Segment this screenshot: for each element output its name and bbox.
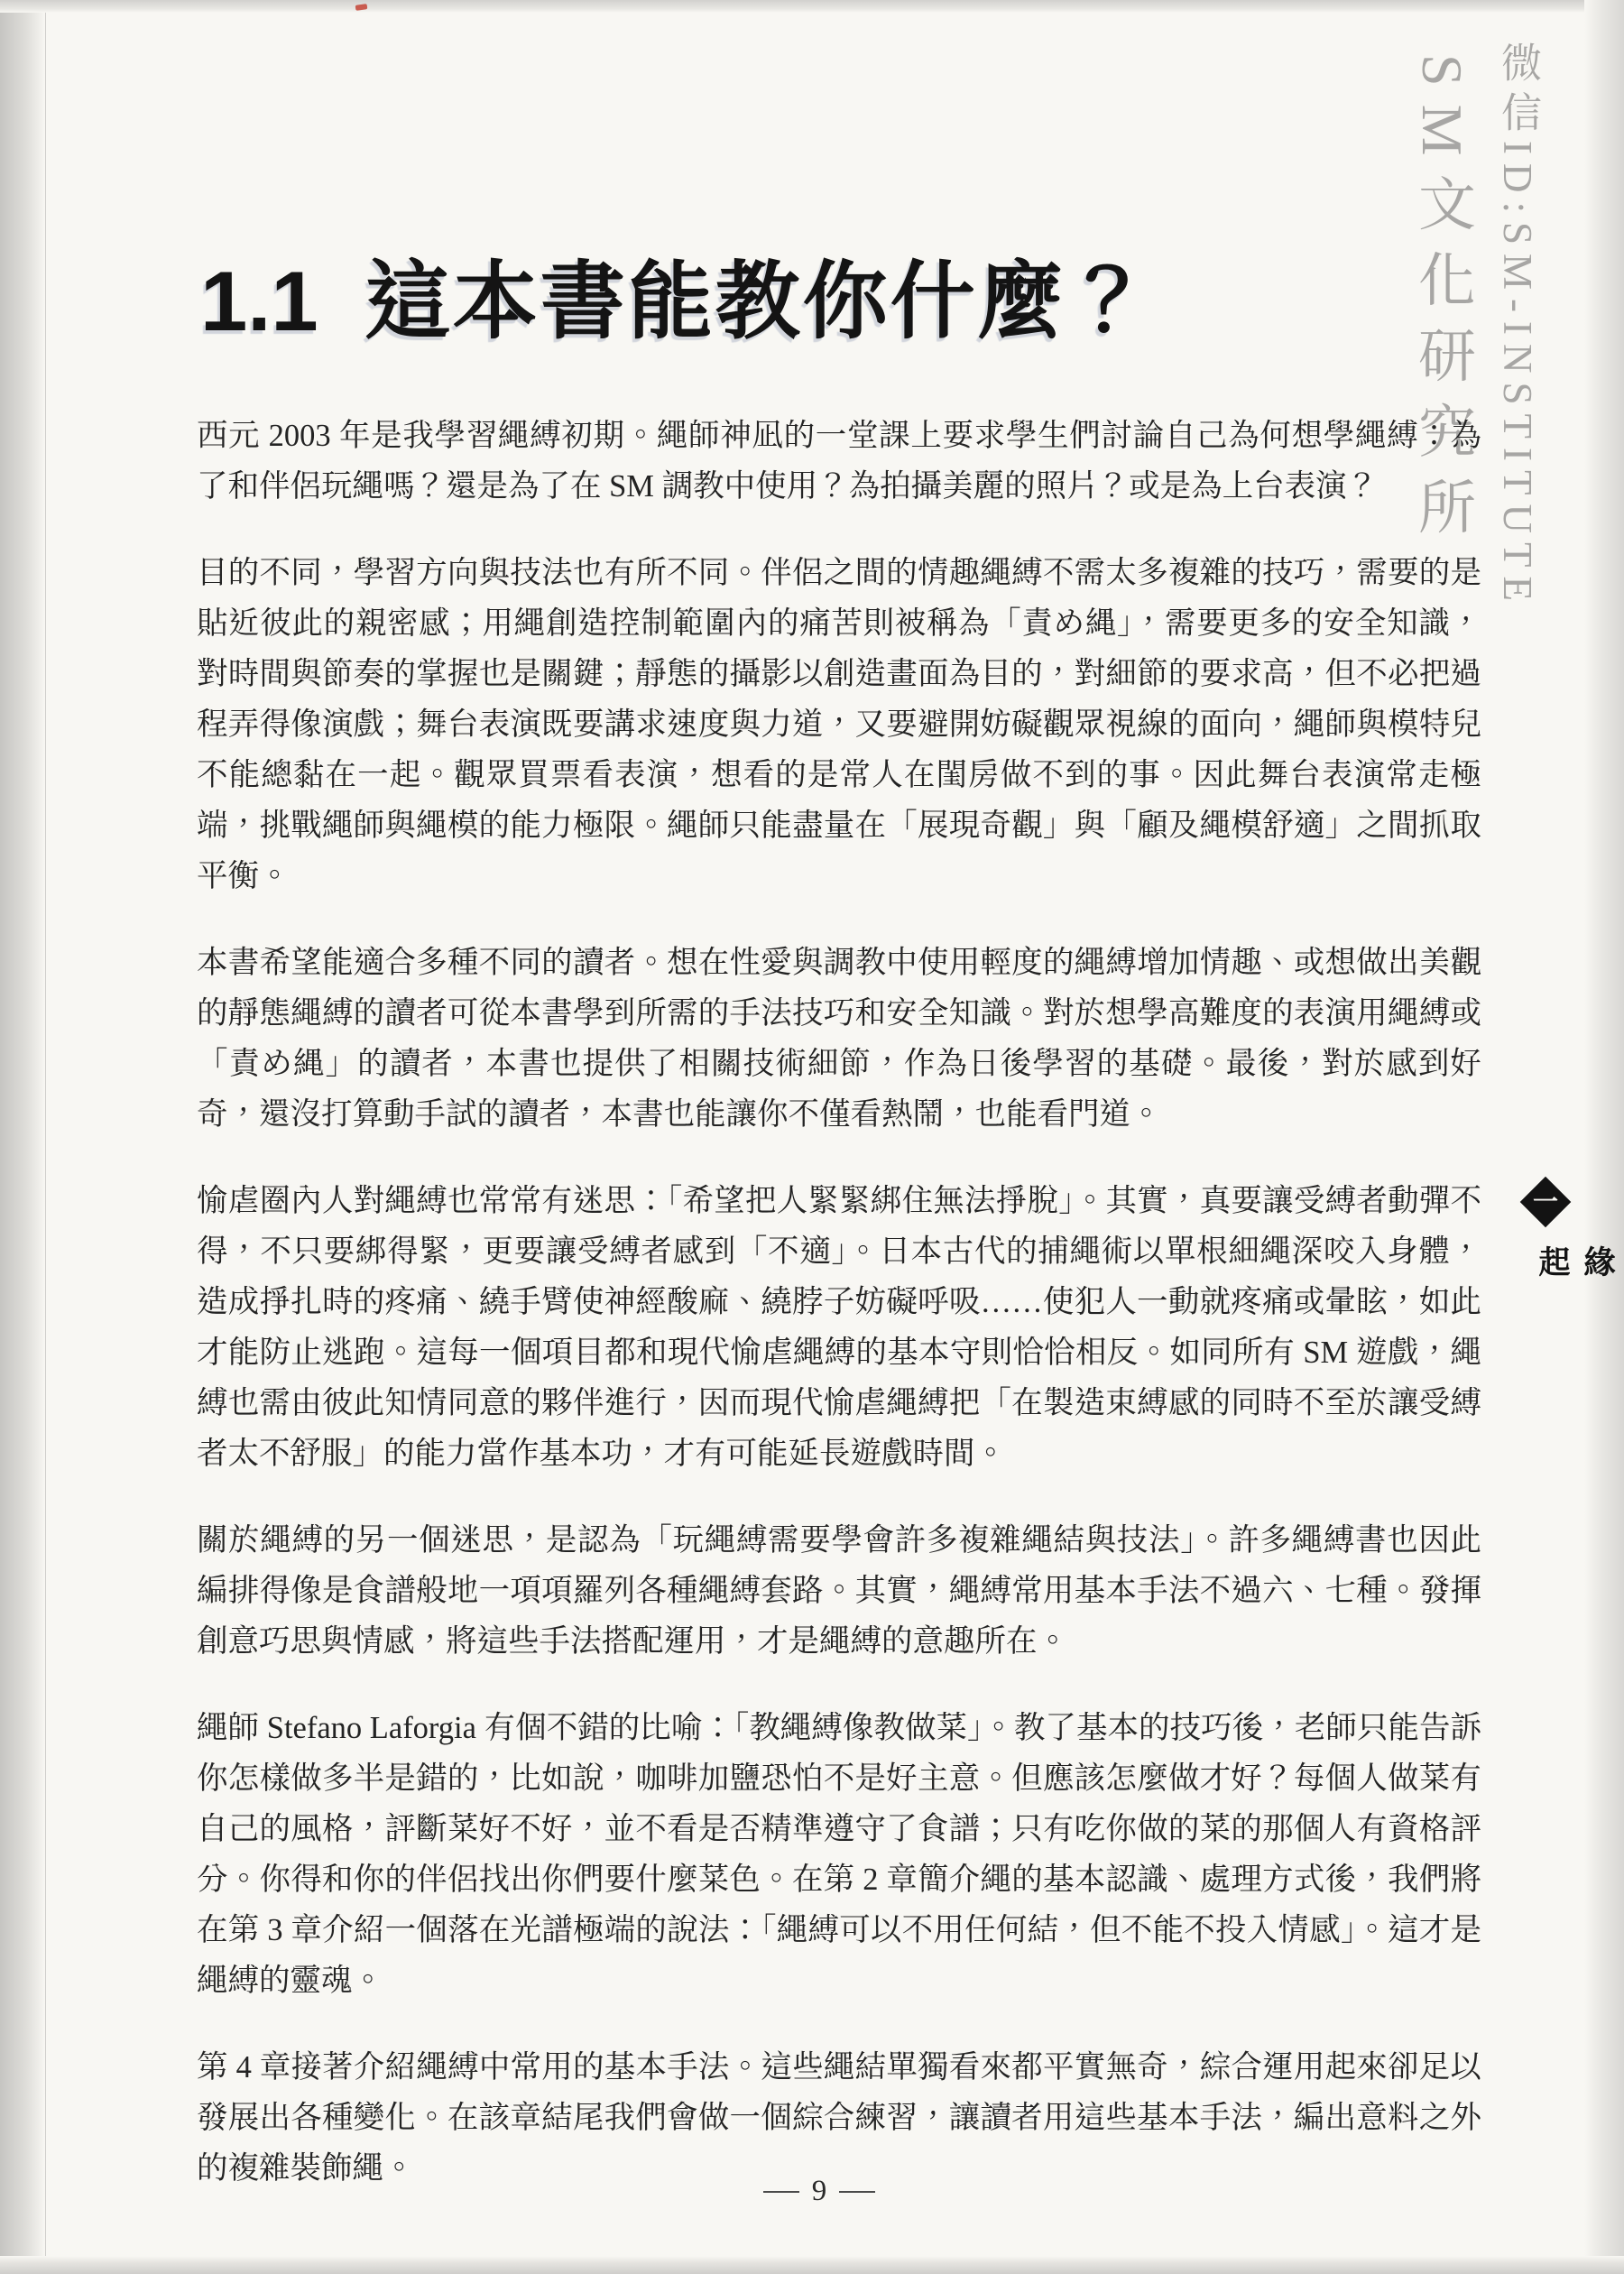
paragraph-5: 關於繩縛的另一個迷思，是認為「玩繩縛需要學會許多複雜繩結與技法」。許多繩縛書也因…: [197, 1515, 1481, 1667]
page-number-rule-left: [763, 2191, 799, 2193]
paragraph-3: 本書希望能適合多種不同的讀者。想在性愛與調教中使用輕度的繩縛增加情趣、或想做出美…: [197, 938, 1481, 1140]
scanned-book-page: SM文化研究所 微信ID:SM-INSTITUTE 1.1這本書能教你什麼？ 西…: [0, 0, 1624, 2274]
paragraph-6: 繩師 Stefano Laforgia 有個不錯的比喻：「教繩縛像教做菜」。教了…: [197, 1703, 1481, 2006]
chapter-number: 一: [1533, 1189, 1558, 1215]
section-title: 1.1這本書能教你什麼？: [200, 254, 1153, 347]
watermark-wechat-id: 微信ID:SM-INSTITUTE: [1489, 42, 1547, 610]
paragraph-4: 愉虐圈內人對繩縛也常常有迷思：「希望把人緊緊綁住無法掙脫」。其實，真要讓受縛者動…: [197, 1176, 1481, 1479]
chapter-tab-label: 緣起: [1529, 1245, 1619, 1281]
scan-edge-bottom: [0, 2256, 1624, 2274]
scan-edge-left: [0, 0, 46, 2274]
scan-edge-right: [1584, 0, 1624, 2274]
section-number: 1.1: [200, 254, 318, 348]
chapter-diamond-icon: 一: [1520, 1177, 1572, 1228]
scan-edge-top: [0, 0, 1624, 13]
body-text-column: 西元 2003 年是我學習繩縛初期。繩師神凪的一堂課上要求學生們討論自己為何想學…: [197, 411, 1481, 2194]
paragraph-1: 西元 2003 年是我學習繩縛初期。繩師神凪的一堂課上要求學生們討論自己為何想學…: [197, 411, 1481, 512]
paragraph-7: 第 4 章接著介紹繩縛中常用的基本手法。這些繩結單獨看來都平實無奇，綜合運用起來…: [197, 2042, 1481, 2194]
paragraph-2: 目的不同，學習方向與技法也有所不同。伴侶之間的情趣繩縛不需太多複雜的技巧，需要的…: [197, 548, 1481, 901]
page-footer: 9: [197, 2177, 1442, 2206]
page-number-rule-right: [839, 2191, 875, 2193]
page-number: 9: [812, 2177, 827, 2206]
section-title-text: 這本書能教你什麼？: [365, 254, 1153, 348]
